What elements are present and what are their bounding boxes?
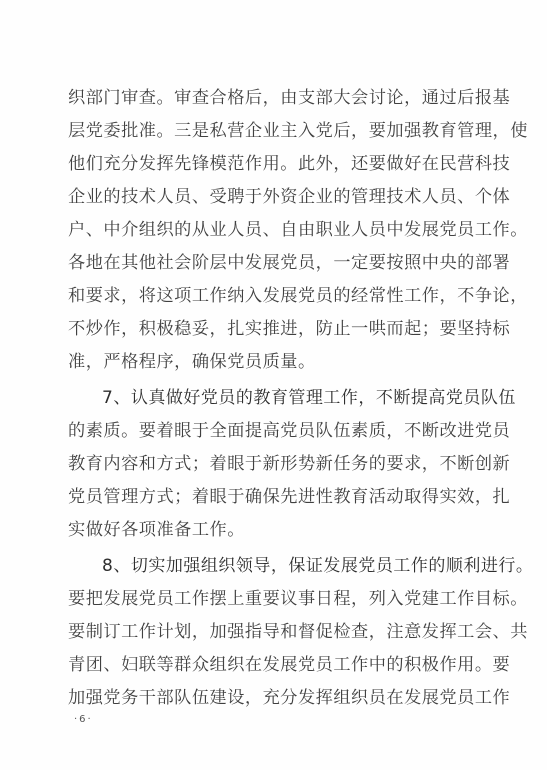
body-text-line: 户、中介组织的从业人员、自由职业人员中发展党员工作。 — [68, 218, 473, 242]
section-8-text-line: 要把发展党员工作摆上重要议事日程，列入党建工作目标。 — [68, 587, 473, 611]
section-8-text-line: 青团、妇联等群众组织在发展党员工作中的积极作用。要 — [68, 653, 473, 677]
body-text-line: 织部门审查。审查合格后，由支部大会讨论，通过后报基 — [68, 86, 473, 110]
document-page: 织部门审查。审查合格后，由支部大会讨论，通过后报基 层党委批准。三是私营企业主入… — [0, 0, 547, 770]
section-8-heading: 8、切实加强组织领导，保证发展党员工作的顺利进行。 — [102, 554, 473, 578]
body-text-line: 和要求，将这项工作纳入发展党员的经常性工作，不争论， — [68, 284, 473, 308]
body-text-line: 他们充分发挥先锋模范作用。此外，还要做好在民营科技 — [68, 152, 473, 176]
section-7-text-line: 党员管理方式；着眼于确保先进性教育活动取得实效，扎 — [68, 485, 473, 509]
section-8-text-line: 加强党务干部队伍建设，充分发挥组织员在发展党员工作 — [68, 686, 473, 710]
body-text-line: 层党委批准。三是私营企业主入党后，要加强教育管理，使 — [68, 119, 473, 143]
section-8-text-line: 要制订工作计划，加强指导和督促检查，注意发挥工会、共 — [68, 620, 473, 644]
body-text-line: 各地在其他社会阶层中发展党员，一定要按照中央的部署 — [68, 251, 473, 275]
section-7-text-line: 实做好各项准备工作。 — [68, 518, 473, 542]
page-number: ·6· — [74, 714, 93, 725]
section-7-heading: 7、认真做好党员的教育管理工作，不断提高党员队伍 — [102, 386, 473, 410]
body-text-line: 准，严格程序，确保党员质量。 — [68, 350, 473, 374]
body-text-line: 企业的技术人员、受聘于外资企业的管理技术人员、个体 — [68, 185, 473, 209]
section-7-text-line: 教育内容和方式；着眼于新形势新任务的要求，不断创新 — [68, 452, 473, 476]
section-7-text-line: 的素质。要着眼于全面提高党员队伍素质，不断改进党员 — [68, 419, 473, 443]
body-text-line: 不炒作，积极稳妥，扎实推进，防止一哄而起；要坚持标 — [68, 317, 473, 341]
